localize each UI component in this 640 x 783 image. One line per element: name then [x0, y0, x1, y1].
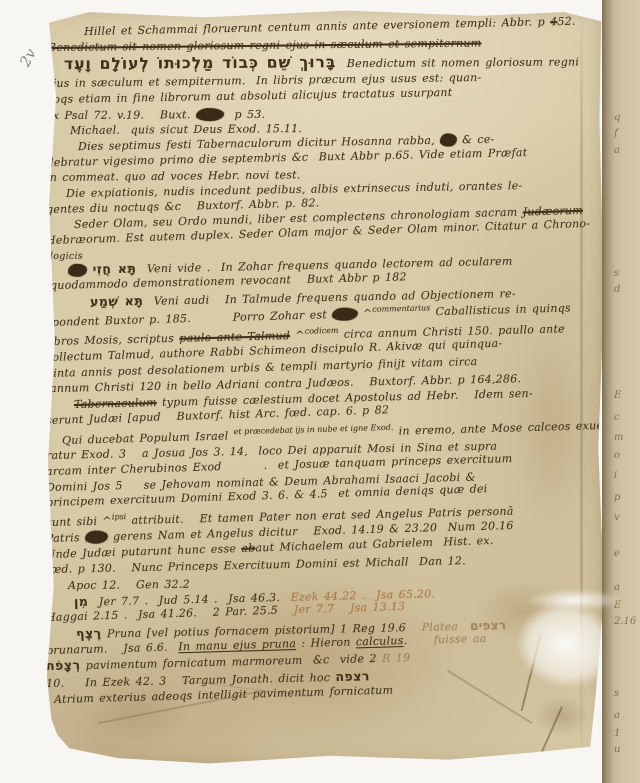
adjacent-page-text-fragment: 2.16 [614, 616, 636, 627]
text-segment: Ho [440, 133, 457, 146]
text-segment: ^ [290, 329, 305, 342]
adjacent-page-text-fragment: i [614, 470, 617, 481]
manuscript-page: Hillel et Schammai floruerunt centum ann… [32, 6, 604, 768]
hebrew-text: בָּרוּךְ שֵׁם כְּבוֹד מַלְכוּתוֹ לְעוֹלָ… [64, 54, 336, 74]
hebrew-text: רֶצֶף [76, 625, 102, 641]
adjacent-page-text-fragment: E [614, 390, 621, 401]
scan-background: Hillel et Schammai floruerunt centum ann… [0, 0, 640, 783]
adjacent-page-text-fragment: v [614, 512, 620, 523]
adjacent-page-text-fragment: s [614, 268, 619, 279]
tear-line [535, 706, 563, 765]
adjacent-page-text-fragment: q [614, 112, 620, 123]
hebrew-text: תָּא חֲזִי [92, 260, 136, 276]
abrasion-streak [520, 585, 640, 615]
text-segment: ipsi [112, 512, 127, 521]
adjacent-page-text-fragment: m [614, 432, 623, 443]
adjacent-page-text-fragment: u [614, 744, 620, 755]
hebrew-text: תָּא שְׁמַע [90, 293, 144, 309]
adjacent-page-text-fragment: d [614, 284, 620, 295]
text-segment: R 19 [382, 652, 411, 666]
text-segment: num [332, 307, 358, 321]
text-segment: logicis [50, 251, 83, 262]
adjacent-page-text-fragment: f [614, 128, 618, 139]
adjacent-page-text-fragment: p [614, 492, 620, 503]
text-segment: 52. [557, 15, 576, 28]
hebrew-text: מִן [74, 593, 89, 608]
text-segment: codicem [305, 326, 339, 336]
text-segment: xxx [68, 263, 88, 276]
text-segment: fœd [85, 530, 108, 544]
text-segment: ab [241, 541, 256, 554]
text-segment: prunarum. Jsa 6.6. [46, 640, 179, 657]
text-segment: : Hieron [296, 635, 356, 650]
adjacent-page-text-fragment: a [614, 145, 620, 156]
text-segment: & ce- [457, 133, 495, 147]
adjacent-page-text-fragment: s [614, 688, 619, 699]
adjacent-page-text-fragment: a [614, 710, 620, 721]
text-segment: In manu ejus pruna [178, 637, 296, 653]
text-segment: sunt sibi ^ [46, 514, 112, 529]
text-segment: Abbr [196, 108, 224, 121]
text-segment: . [403, 633, 433, 647]
adjacent-page-text-fragment: o [614, 450, 620, 461]
text-segment: ^ [357, 307, 372, 320]
text-segment: Apoc 12. Gen 32.2 [68, 578, 190, 592]
text-segment: Benedictum sit nomen gloriosum regni eju… [48, 36, 482, 54]
text-segment: et præcedebat ijs in nube et igne Exod. [233, 422, 393, 435]
hebrew-text: רְצָפֹת [46, 658, 81, 674]
text-segment: fuisse aa [433, 631, 486, 645]
text-segment: Jer 7.7 Jsa 13.13 [294, 600, 406, 616]
adjacent-page-text-fragment: e [614, 548, 620, 559]
hebrew-text: רצפה [335, 668, 370, 684]
text-segment: calculus [356, 634, 404, 648]
text-segment: Patris [46, 531, 85, 545]
text-segment: Caballisticus in quinqs [430, 301, 571, 318]
adjacent-page-text-fragment: c [614, 412, 620, 423]
text-segment: p 53. [224, 107, 265, 120]
folio-mark: 2v [18, 47, 40, 70]
text-segment: ex Psal 72. v.19. Buxt. [46, 108, 196, 122]
next-page-edge: qfasdEcmoipveaE2.16sa1u [602, 0, 640, 783]
text-segment: commentarius [372, 303, 430, 314]
adjacent-page-text-fragment: 1 [614, 728, 620, 739]
